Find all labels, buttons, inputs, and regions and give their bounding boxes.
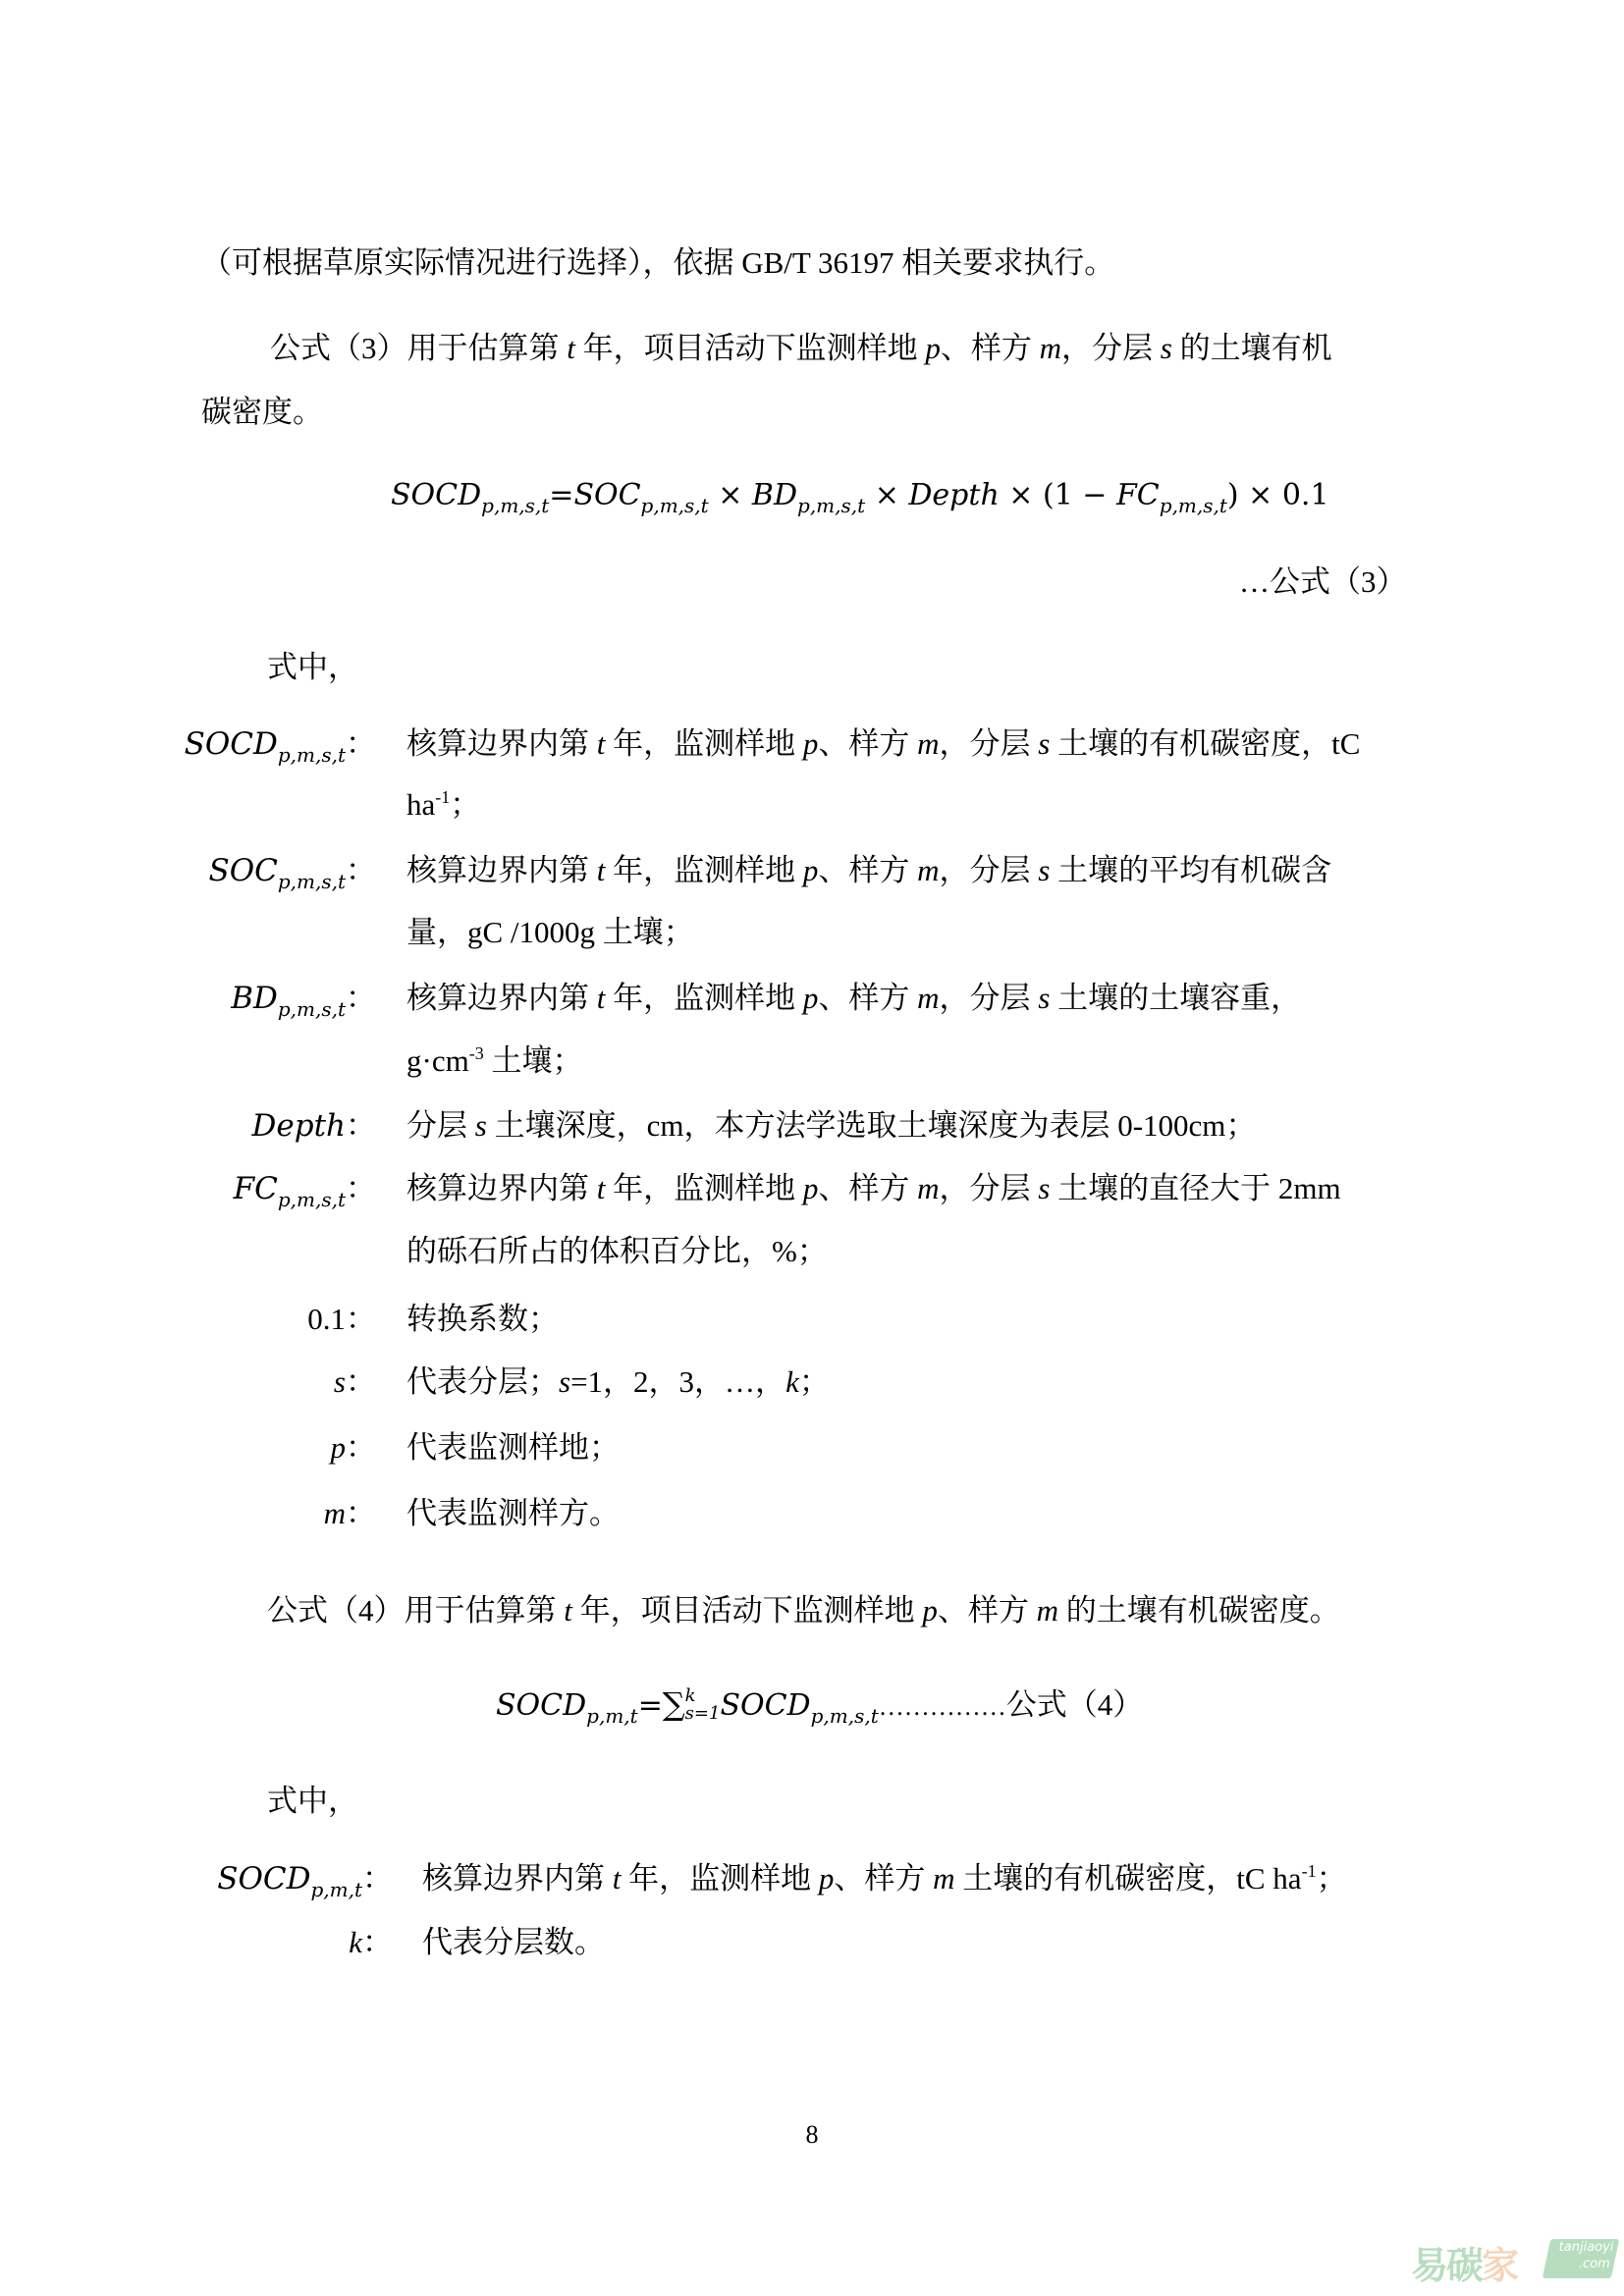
definition-desc-socd-pmt: 核算边界内第 t 年，监测样地 p、样方 m 土壤的有机碳密度，tC ha-1； xyxy=(422,1859,1347,1898)
definition-term-k: k： xyxy=(349,1923,393,1962)
definition-desc-soc: 核算边界内第 t 年，监测样地 p、样方 m，分层 s 土壤的平均有机碳含 xyxy=(406,851,1331,890)
page-number: 8 xyxy=(795,2120,829,2150)
definition-term-p: p： xyxy=(331,1428,377,1468)
definition-desc-socd-cont: ha-1； xyxy=(406,785,480,825)
definition-desc-bd-cont: g·cm-3 土壤； xyxy=(406,1041,582,1081)
formula-3: SOCDp,m,s,t=SOCp,m,s,t × BDp,m,s,t × Dep… xyxy=(391,476,1329,515)
formula4-intro-paragraph: 公式（4）用于估算第 t 年，项目活动下监测样地 p、样方 m 的土壤有机碳密度… xyxy=(267,1591,1340,1630)
definition-desc-const: 转换系数； xyxy=(406,1300,559,1339)
definition-term-const: 0.1： xyxy=(307,1300,376,1339)
formula-4: SOCDp,m,t=∑ks=1SOCDp,m,s,t……………公式（4） xyxy=(496,1684,1143,1727)
definition-term-depth: Depth： xyxy=(252,1106,376,1146)
definition-term-socd: SOCDp,m,s,t： xyxy=(185,724,376,764)
definition-term-bd: BDp,m,s,t： xyxy=(231,979,376,1018)
definition-term-m: m： xyxy=(324,1494,376,1533)
definition-desc-bd: 核算边界内第 t 年，监测样地 p、样方 m，分层 s 土壤的土壤容重， xyxy=(406,979,1301,1018)
definition-desc-p: 代表监测样地； xyxy=(406,1428,620,1468)
definition-term-soc: SOCp,m,s,t： xyxy=(208,851,376,890)
watermark-text: 易碳家 xyxy=(1411,2235,1517,2289)
summation-symbol: ∑ xyxy=(663,1685,685,1723)
definition-desc-k: 代表分层数。 xyxy=(422,1923,605,1962)
definition-desc-depth: 分层 s 土壤深度，cm，本方法学选取土壤深度为表层 0-100cm； xyxy=(406,1106,1256,1146)
definition-term-s: s： xyxy=(334,1362,376,1402)
definition-desc-fc: 核算边界内第 t 年，监测样地 p、样方 m，分层 s 土壤的直径大于 2mm xyxy=(406,1169,1341,1208)
formula-3-label: …公式（3） xyxy=(1239,562,1407,602)
definition-desc-s: 代表分层；s=1，2，3，…，k； xyxy=(406,1362,830,1402)
definition-term-fc: FCp,m,s,t： xyxy=(234,1169,376,1208)
where-label-2: 式中， xyxy=(267,1782,358,1821)
formula3-intro-paragraph: 公式（3）用于估算第 t 年，项目活动下监测样地 p、样方 m，分层 s 的土壤… xyxy=(270,329,1332,368)
watermark-logo: 易碳家 tanjiaoyi .com xyxy=(1411,2231,1617,2285)
paragraph-continuation: （可根据草原实际情况进行选择），依据 GB/T 36197 相关要求执行。 xyxy=(201,243,1114,283)
definition-desc-fc-cont: 的砾石所占的体积百分比，%； xyxy=(406,1232,828,1271)
where-label: 式中， xyxy=(267,648,358,687)
definition-desc-soc-cont: 量，gC /1000g 土壤； xyxy=(406,913,694,952)
definition-desc-m: 代表监测样方。 xyxy=(406,1494,620,1533)
definition-term-socd-pmt: SOCDp,m,t： xyxy=(217,1859,393,1898)
watermark-domain-badge: tanjiaoyi .com xyxy=(1543,2239,1620,2278)
definition-desc-socd: 核算边界内第 t 年，监测样地 p、样方 m，分层 s 土壤的有机碳密度，tC xyxy=(406,724,1360,764)
formula3-intro-paragraph-line2: 碳密度。 xyxy=(201,393,323,432)
